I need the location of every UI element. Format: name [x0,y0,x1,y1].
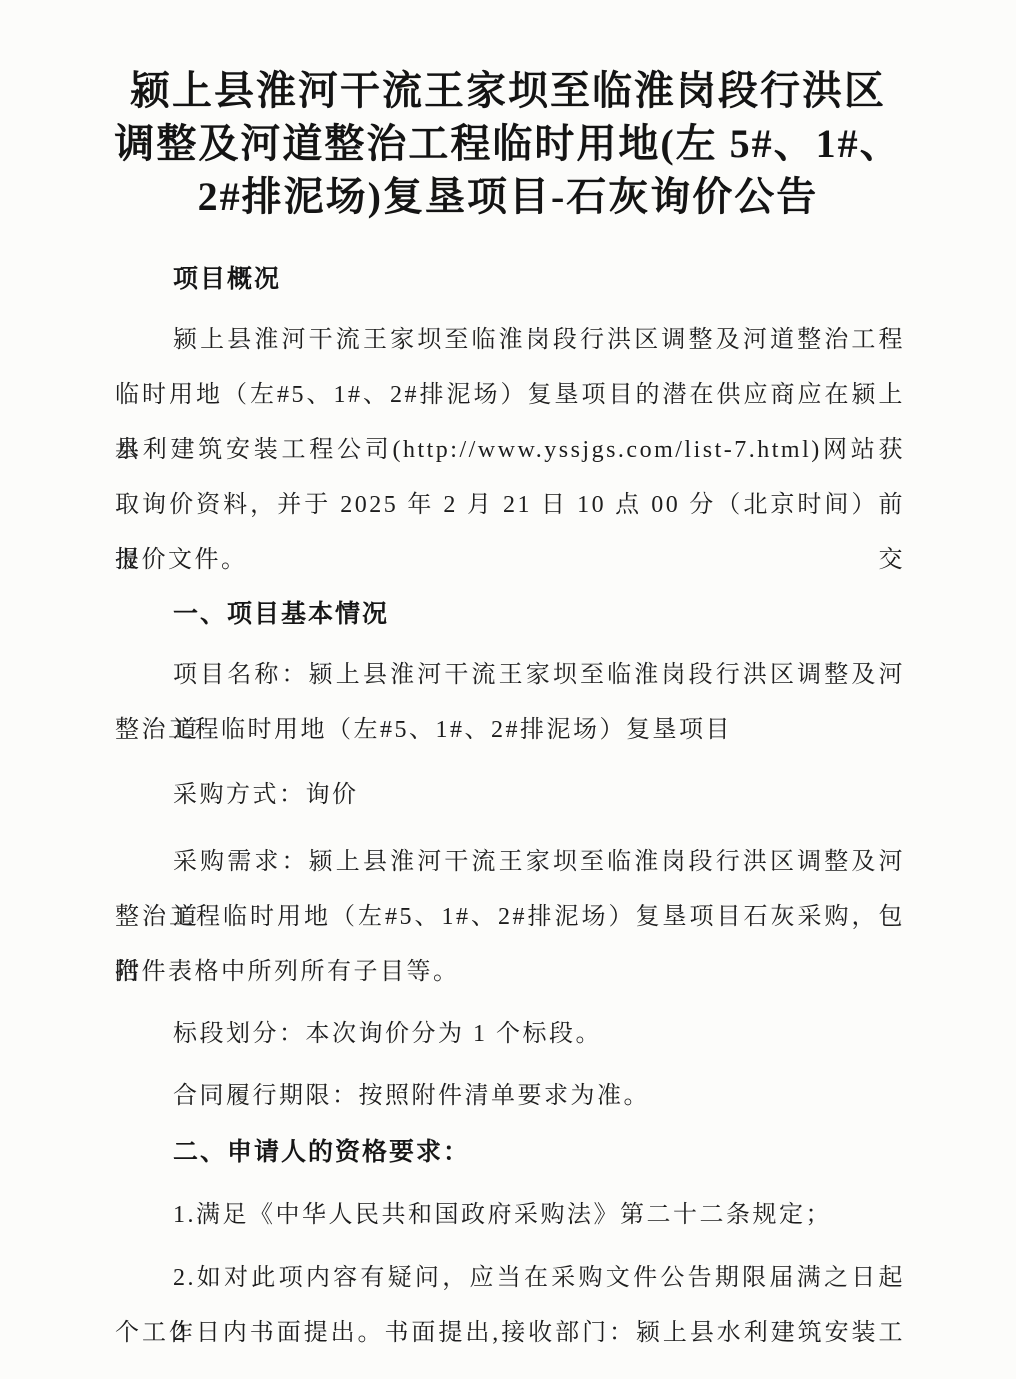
title-line-2: 调整及河道整治工程临时用地(左 5#、1#、 [60,117,956,170]
overview-line-url: 水利建筑安装工程公司(http://www.yssjgs.com/list-7.… [115,423,905,478]
procurement-demand-line: 采购需求：颍上县淮河干流王家坝至临淮岗段行洪区调整及河道 [115,835,905,890]
procurement-method-paragraph: 采购方式：询价 [115,768,905,823]
title-line-3: 2#排泥场)复垦项目-石灰询价公告 [60,170,956,223]
contract-period-paragraph: 合同履行期限：按照附件清单要求为准。 [115,1069,905,1124]
project-name-line: 整治工程临时用地（左#5、1#、2#排泥场）复垦项目 [115,703,905,758]
qualification-item-2: 2.如对此项内容有疑问，应当在采购文件公告期限届满之日起 2 个工作日内书面提出… [115,1251,905,1361]
document-body: 项目概况 颍上县淮河干流王家坝至临淮岗段行洪区调整及河道整治工程 临时用地（左#… [115,259,905,1361]
project-name-paragraph: 项目名称：颍上县淮河干流王家坝至临淮岗段行洪区调整及河道 整治工程临时用地（左#… [115,648,905,758]
contract-period-line: 合同履行期限：按照附件清单要求为准。 [115,1069,905,1124]
procurement-demand-line: 整治工程临时用地（左#5、1#、2#排泥场）复垦项目石灰采购，包括 [115,890,905,945]
section-1-heading: 一、项目基本情况 [115,594,905,634]
project-name-line: 项目名称：颍上县淮河干流王家坝至临淮岗段行洪区调整及河道 [115,648,905,703]
overview-line: 临时用地（左#5、1#、2#排泥场）复垦项目的潜在供应商应在颍上县 [115,368,905,423]
qualification-item-2-line: 个工作日内书面提出。书面提出,接收部门：颍上县水利建筑安装工 [115,1306,905,1361]
procurement-method-line: 采购方式：询价 [115,768,905,823]
qualification-item-1-line: 1.满足《中华人民共和国政府采购法》第二十二条规定； [115,1188,905,1243]
overview-line-deadline: 取询价资料，并于 2025 年 2 月 21 日 10 点 00 分（北京时间）… [115,478,905,533]
overview-line: 颍上县淮河干流王家坝至临淮岗段行洪区调整及河道整治工程 [115,313,905,368]
procurement-demand-paragraph: 采购需求：颍上县淮河干流王家坝至临淮岗段行洪区调整及河道 整治工程临时用地（左#… [115,835,905,1000]
procurement-demand-line: 附件表格中所列所有子目等。 [115,945,905,1000]
qualification-item-2-line: 2.如对此项内容有疑问，应当在采购文件公告期限届满之日起 2 [115,1251,905,1306]
overview-heading: 项目概况 [115,259,905,299]
title-line-1: 颍上县淮河干流王家坝至临淮岗段行洪区 [60,64,956,117]
overview-paragraph: 颍上县淮河干流王家坝至临淮岗段行洪区调整及河道整治工程 临时用地（左#5、1#、… [115,313,905,588]
lot-division-line: 标段划分：本次询价分为 1 个标段。 [115,1007,905,1062]
document-page: 颍上县淮河干流王家坝至临淮岗段行洪区 调整及河道整治工程临时用地(左 5#、1#… [0,0,1016,1379]
document-title: 颍上县淮河干流王家坝至临淮岗段行洪区 调整及河道整治工程临时用地(左 5#、1#… [60,64,956,223]
lot-division-paragraph: 标段划分：本次询价分为 1 个标段。 [115,1007,905,1062]
qualification-item-1: 1.满足《中华人民共和国政府采购法》第二十二条规定； [115,1188,905,1243]
section-2-heading: 二、申请人的资格要求： [115,1132,905,1172]
